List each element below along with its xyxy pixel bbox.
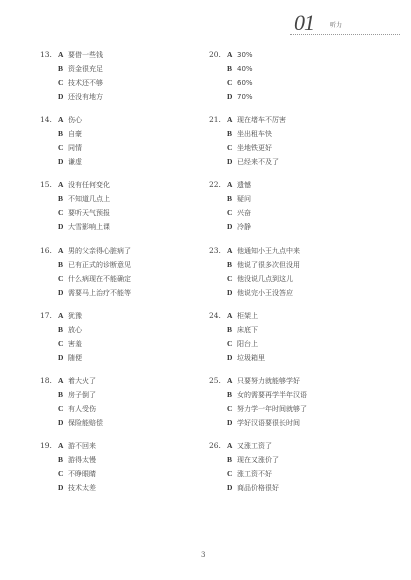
- question-number: 15.: [40, 178, 58, 192]
- option-letter: C: [58, 141, 68, 155]
- option-letter: A: [58, 178, 68, 192]
- option-letter: D: [227, 416, 237, 430]
- option-letter: A: [58, 439, 68, 453]
- answer-option: 23.A他通知小王九点中来: [209, 244, 379, 258]
- answer-option: 19.A游不回来: [40, 439, 210, 453]
- answer-option: D已经来不及了: [209, 155, 379, 169]
- option-letter: C: [58, 337, 68, 351]
- option-letter: B: [58, 453, 68, 467]
- option-letter: D: [227, 155, 237, 169]
- option-letter: B: [58, 62, 68, 76]
- answer-option: D垃圾箱里: [209, 351, 379, 365]
- answer-option: D他说完小王没答应: [209, 286, 379, 300]
- answer-option: B放心: [40, 323, 210, 337]
- option-letter: B: [227, 323, 237, 337]
- option-letter: A: [227, 309, 237, 323]
- option-text: 70%: [237, 90, 253, 104]
- option-text: 30%: [237, 48, 253, 62]
- question-number: 20.: [209, 48, 227, 62]
- option-letter: C: [58, 402, 68, 416]
- question-item: 25.A只要努力就能够学好B女的需要再学半年汉语C努力学一年时间就够了D学好汉语…: [209, 374, 379, 439]
- answer-option: B坐出租车快: [209, 127, 379, 141]
- option-letter: B: [58, 258, 68, 272]
- option-text: 不知道几点上: [68, 192, 110, 206]
- option-letter: D: [227, 286, 237, 300]
- option-text: 阳台上: [237, 337, 258, 351]
- option-text: 又涨工资了: [237, 439, 272, 453]
- option-letter: B: [227, 388, 237, 402]
- answer-option: 26.A又涨工资了: [209, 439, 379, 453]
- answer-option: 18.A着大火了: [40, 374, 210, 388]
- option-letter: C: [58, 206, 68, 220]
- answer-option: B资金很充足: [40, 62, 210, 76]
- page-header: 01 听力: [290, 10, 400, 36]
- answer-option: B自豪: [40, 127, 210, 141]
- answer-option: B游得太慢: [40, 453, 210, 467]
- answer-option: B已有正式的诊断意见: [40, 258, 210, 272]
- answer-option: D大雪影响上课: [40, 220, 210, 234]
- option-text: 保险能赔偿: [68, 416, 103, 430]
- option-text: 努力学一年时间就够了: [237, 402, 307, 416]
- option-letter: A: [58, 244, 68, 258]
- option-letter: C: [227, 402, 237, 416]
- option-letter: A: [58, 48, 68, 62]
- option-letter: C: [227, 467, 237, 481]
- option-text: 资金很充足: [68, 62, 103, 76]
- option-text: 随便: [68, 351, 82, 365]
- option-text: 现在又涨价了: [237, 453, 279, 467]
- option-text: 游不回来: [68, 439, 96, 453]
- answer-option: C要听天气预报: [40, 206, 210, 220]
- answer-option: B疑问: [209, 192, 379, 206]
- answer-option: D冷静: [209, 220, 379, 234]
- option-text: 害羞: [68, 337, 82, 351]
- option-letter: A: [227, 439, 237, 453]
- option-text: 遗憾: [237, 178, 251, 192]
- answer-option: 13.A要借一些钱: [40, 48, 210, 62]
- option-text: 只要努力就能够学好: [237, 374, 300, 388]
- option-letter: C: [227, 272, 237, 286]
- option-text: 伤心: [68, 113, 82, 127]
- answer-option: D技术太差: [40, 481, 210, 495]
- option-letter: B: [227, 192, 237, 206]
- option-text: 自豪: [68, 127, 82, 141]
- answer-option: C阳台上: [209, 337, 379, 351]
- answer-option: 24.A柜架上: [209, 309, 379, 323]
- option-text: 商品价格很好: [237, 481, 279, 495]
- question-item: 19.A游不回来B游得太慢C不睁眼睛D技术太差: [40, 439, 210, 504]
- chapter-number: 01: [294, 10, 314, 36]
- option-text: 要借一些钱: [68, 48, 103, 62]
- question-item: 14.A伤心B自豪C同情D谦虚: [40, 113, 210, 178]
- answer-option: D学好汉语要很长时间: [209, 416, 379, 430]
- answer-option: D随便: [40, 351, 210, 365]
- answer-option: B床底下: [209, 323, 379, 337]
- answer-option: 21.A现在堵车不厉害: [209, 113, 379, 127]
- question-item: 17.A犹豫B放心C害羞D随便: [40, 309, 210, 374]
- option-text: 已有正式的诊断意见: [68, 258, 131, 272]
- option-letter: C: [227, 141, 237, 155]
- option-letter: C: [227, 206, 237, 220]
- answer-option: 14.A伤心: [40, 113, 210, 127]
- option-letter: A: [227, 244, 237, 258]
- option-text: 他说完小王没答应: [237, 286, 293, 300]
- option-letter: B: [58, 127, 68, 141]
- option-text: 不睁眼睛: [68, 467, 96, 481]
- right-question-column: 20.A30%B40%C60%D70%21.A现在堵车不厉害B坐出租车快C坐地铁…: [209, 48, 379, 504]
- question-number: 22.: [209, 178, 227, 192]
- option-text: 女的需要再学半年汉语: [237, 388, 307, 402]
- option-letter: D: [58, 220, 68, 234]
- option-letter: C: [58, 76, 68, 90]
- question-number: 13.: [40, 48, 58, 62]
- answer-option: D还没有地方: [40, 90, 210, 104]
- question-item: 24.A柜架上B床底下C阳台上D垃圾箱里: [209, 309, 379, 374]
- option-text: 冷静: [237, 220, 251, 234]
- answer-option: C涨工资不好: [209, 467, 379, 481]
- answer-option: C同情: [40, 141, 210, 155]
- option-letter: D: [227, 90, 237, 104]
- question-number: 17.: [40, 309, 58, 323]
- answer-option: D保险能赔偿: [40, 416, 210, 430]
- question-item: 23.A他通知小王九点中来B他说了很多次但没用C他没说几点到这儿D他说完小王没答…: [209, 244, 379, 309]
- option-letter: D: [227, 220, 237, 234]
- option-letter: D: [58, 155, 68, 169]
- option-text: 兴奋: [237, 206, 251, 220]
- answer-option: C兴奋: [209, 206, 379, 220]
- answer-option: C害羞: [40, 337, 210, 351]
- option-letter: B: [227, 127, 237, 141]
- question-number: 25.: [209, 374, 227, 388]
- option-letter: B: [227, 258, 237, 272]
- answer-option: 20.A30%: [209, 48, 379, 62]
- option-text: 坐出租车快: [237, 127, 272, 141]
- option-letter: D: [227, 481, 237, 495]
- option-letter: C: [58, 467, 68, 481]
- answer-option: C有人受伤: [40, 402, 210, 416]
- option-text: 坐地铁更好: [237, 141, 272, 155]
- page-number: 3: [201, 551, 205, 559]
- option-text: 40%: [237, 62, 253, 76]
- option-text: 涨工资不好: [237, 467, 272, 481]
- option-text: 60%: [237, 76, 253, 90]
- answer-option: D需要马上治疗不能等: [40, 286, 210, 300]
- answer-option: D谦虚: [40, 155, 210, 169]
- option-text: 同情: [68, 141, 82, 155]
- question-number: 26.: [209, 439, 227, 453]
- option-letter: D: [58, 351, 68, 365]
- answer-option: C他没说几点到这儿: [209, 272, 379, 286]
- option-letter: B: [227, 62, 237, 76]
- answer-option: B现在又涨价了: [209, 453, 379, 467]
- answer-option: B女的需要再学半年汉语: [209, 388, 379, 402]
- answer-option: C不睁眼睛: [40, 467, 210, 481]
- answer-option: D商品价格很好: [209, 481, 379, 495]
- option-letter: A: [58, 113, 68, 127]
- option-text: 谦虚: [68, 155, 82, 169]
- answer-option: B40%: [209, 62, 379, 76]
- option-letter: B: [227, 453, 237, 467]
- option-text: 需要马上治疗不能等: [68, 286, 131, 300]
- option-text: 要听天气预报: [68, 206, 110, 220]
- option-letter: D: [58, 481, 68, 495]
- question-number: 18.: [40, 374, 58, 388]
- question-item: 22.A遗憾B疑问C兴奋D冷静: [209, 178, 379, 243]
- option-text: 什么病现在不能确定: [68, 272, 131, 286]
- option-letter: D: [58, 286, 68, 300]
- answer-option: C努力学一年时间就够了: [209, 402, 379, 416]
- question-number: 14.: [40, 113, 58, 127]
- question-item: 18.A着大火了B房子倒了C有人受伤D保险能赔偿: [40, 374, 210, 439]
- option-letter: A: [227, 374, 237, 388]
- option-text: 有人受伤: [68, 402, 96, 416]
- question-number: 19.: [40, 439, 58, 453]
- option-text: 犹豫: [68, 309, 82, 323]
- option-letter: D: [58, 416, 68, 430]
- answer-option: C技术还不够: [40, 76, 210, 90]
- option-text: 大雪影响上课: [68, 220, 110, 234]
- option-text: 技术太差: [68, 481, 96, 495]
- answer-option: C什么病现在不能确定: [40, 272, 210, 286]
- question-item: 13.A要借一些钱B资金很充足C技术还不够D还没有地方: [40, 48, 210, 113]
- option-letter: B: [58, 388, 68, 402]
- option-text: 男的父亲得心脏病了: [68, 244, 131, 258]
- question-number: 21.: [209, 113, 227, 127]
- option-text: 放心: [68, 323, 82, 337]
- question-number: 23.: [209, 244, 227, 258]
- answer-option: 25.A只要努力就能够学好: [209, 374, 379, 388]
- question-number: 16.: [40, 244, 58, 258]
- question-item: 15.A没有任何变化B不知道几点上C要听天气预报D大雪影响上课: [40, 178, 210, 243]
- option-letter: B: [58, 323, 68, 337]
- option-letter: A: [227, 113, 237, 127]
- question-item: 21.A现在堵车不厉害B坐出租车快C坐地铁更好D已经来不及了: [209, 113, 379, 178]
- answer-option: 17.A犹豫: [40, 309, 210, 323]
- option-text: 学好汉语要很长时间: [237, 416, 300, 430]
- option-text: 疑问: [237, 192, 251, 206]
- option-text: 已经来不及了: [237, 155, 279, 169]
- answer-option: 22.A遗憾: [209, 178, 379, 192]
- option-letter: A: [58, 374, 68, 388]
- option-letter: B: [58, 192, 68, 206]
- option-text: 着大火了: [68, 374, 96, 388]
- answer-option: C60%: [209, 76, 379, 90]
- option-letter: C: [58, 272, 68, 286]
- option-letter: D: [227, 351, 237, 365]
- option-text: 现在堵车不厉害: [237, 113, 286, 127]
- option-text: 柜架上: [237, 309, 258, 323]
- option-text: 床底下: [237, 323, 258, 337]
- option-letter: C: [227, 337, 237, 351]
- option-text: 他说了很多次但没用: [237, 258, 300, 272]
- left-question-column: 13.A要借一些钱B资金很充足C技术还不够D还没有地方14.A伤心B自豪C同情D…: [40, 48, 210, 504]
- option-letter: A: [227, 48, 237, 62]
- option-letter: C: [227, 76, 237, 90]
- header-divider: [290, 34, 400, 35]
- question-item: 16.A男的父亲得心脏病了B已有正式的诊断意见C什么病现在不能确定D需要马上治疗…: [40, 244, 210, 309]
- answer-option: B不知道几点上: [40, 192, 210, 206]
- option-text: 游得太慢: [68, 453, 96, 467]
- option-letter: A: [227, 178, 237, 192]
- question-number: 24.: [209, 309, 227, 323]
- option-text: 没有任何变化: [68, 178, 110, 192]
- answer-option: 16.A男的父亲得心脏病了: [40, 244, 210, 258]
- option-text: 垃圾箱里: [237, 351, 265, 365]
- option-text: 技术还不够: [68, 76, 103, 90]
- option-letter: D: [58, 90, 68, 104]
- option-letter: A: [58, 309, 68, 323]
- option-text: 他通知小王九点中来: [237, 244, 300, 258]
- answer-option: D70%: [209, 90, 379, 104]
- answer-option: B房子倒了: [40, 388, 210, 402]
- answer-option: C坐地铁更好: [209, 141, 379, 155]
- question-item: 26.A又涨工资了B现在又涨价了C涨工资不好D商品价格很好: [209, 439, 379, 504]
- option-text: 他没说几点到这儿: [237, 272, 293, 286]
- option-text: 还没有地方: [68, 90, 103, 104]
- option-text: 房子倒了: [68, 388, 96, 402]
- question-item: 20.A30%B40%C60%D70%: [209, 48, 379, 113]
- answer-option: 15.A没有任何变化: [40, 178, 210, 192]
- chapter-title: 听力: [330, 20, 342, 29]
- answer-option: B他说了很多次但没用: [209, 258, 379, 272]
